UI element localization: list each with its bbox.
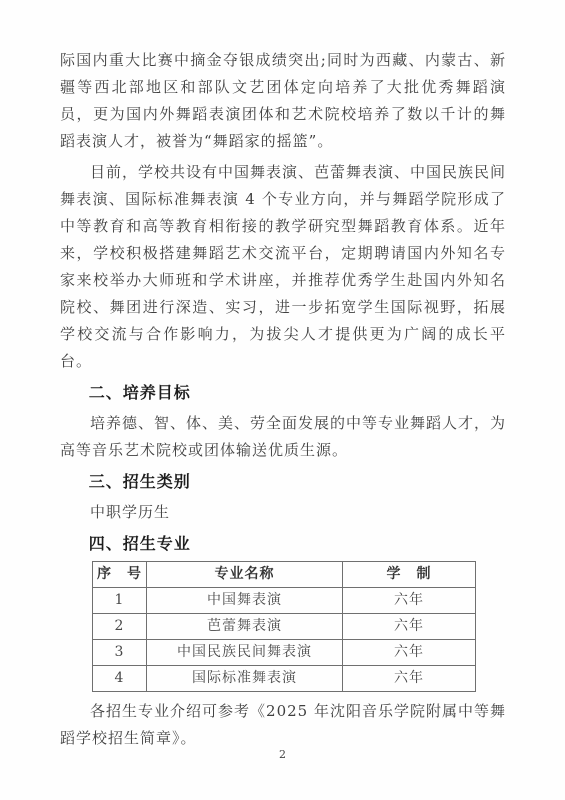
paragraph-school-achievements: 际国内重大比赛中摘金夺银成绩突出;同时为西藏、内蒙古、新疆等西北部地区和部队文艺…	[60, 47, 506, 155]
table-row: 2 芭蕾舞表演 六年	[93, 614, 476, 640]
heading-enrollment-majors: 四、招生专业	[60, 530, 506, 557]
table-row: 1 中国舞表演 六年	[93, 588, 476, 614]
cell-program-length: 六年	[343, 666, 476, 692]
heading-training-objectives: 二、培养目标	[60, 379, 506, 406]
cell-major-name: 芭蕾舞表演	[147, 614, 343, 640]
table-header-major-name: 专业名称	[147, 562, 343, 588]
cell-program-length: 六年	[343, 640, 476, 666]
cell-major-name: 中国舞表演	[147, 588, 343, 614]
paragraph-majors-overview: 目前，学校共设有中国舞表演、芭蕾舞表演、中国民族民间舞表演、国际标准舞表演 4 …	[60, 159, 506, 375]
enrollment-majors-table: 序 号 专业名称 学 制 1 中国舞表演 六年 2 芭蕾舞表演 六年 3	[92, 561, 476, 692]
cell-serial-no: 1	[93, 588, 147, 614]
cell-major-name: 中国民族民间舞表演	[147, 640, 343, 666]
cell-major-name: 国际标准舞表演	[147, 666, 343, 692]
table-header-row: 序 号 专业名称 学 制	[93, 562, 476, 588]
page-content: 际国内重大比赛中摘金夺银成绩突出;同时为西藏、内蒙古、新疆等西北部地区和部队文艺…	[60, 47, 506, 756]
cell-program-length: 六年	[343, 588, 476, 614]
paragraph-brochure-reference: 各招生专业介绍可参考《2025 年沈阳音乐学院附属中等舞蹈学校招生简章》。	[60, 698, 506, 752]
cell-serial-no: 3	[93, 640, 147, 666]
paragraph-enrollment-category: 中职学历生	[60, 499, 506, 526]
cell-program-length: 六年	[343, 614, 476, 640]
paragraph-training-objectives: 培养德、智、体、美、劳全面发展的中等专业舞蹈人才，为高等音乐艺术院校或团体输送优…	[60, 410, 506, 464]
table-row: 3 中国民族民间舞表演 六年	[93, 640, 476, 666]
heading-enrollment-category: 三、招生类别	[60, 468, 506, 495]
cell-serial-no: 2	[93, 614, 147, 640]
table-header-serial-no: 序 号	[93, 562, 147, 588]
cell-serial-no: 4	[93, 666, 147, 692]
document-page: 际国内重大比赛中摘金夺银成绩突出;同时为西藏、内蒙古、新疆等西北部地区和部队文艺…	[0, 0, 565, 800]
table-header-program-length: 学 制	[343, 562, 476, 588]
page-number: 2	[0, 748, 565, 761]
table-row: 4 国际标准舞表演 六年	[93, 666, 476, 692]
